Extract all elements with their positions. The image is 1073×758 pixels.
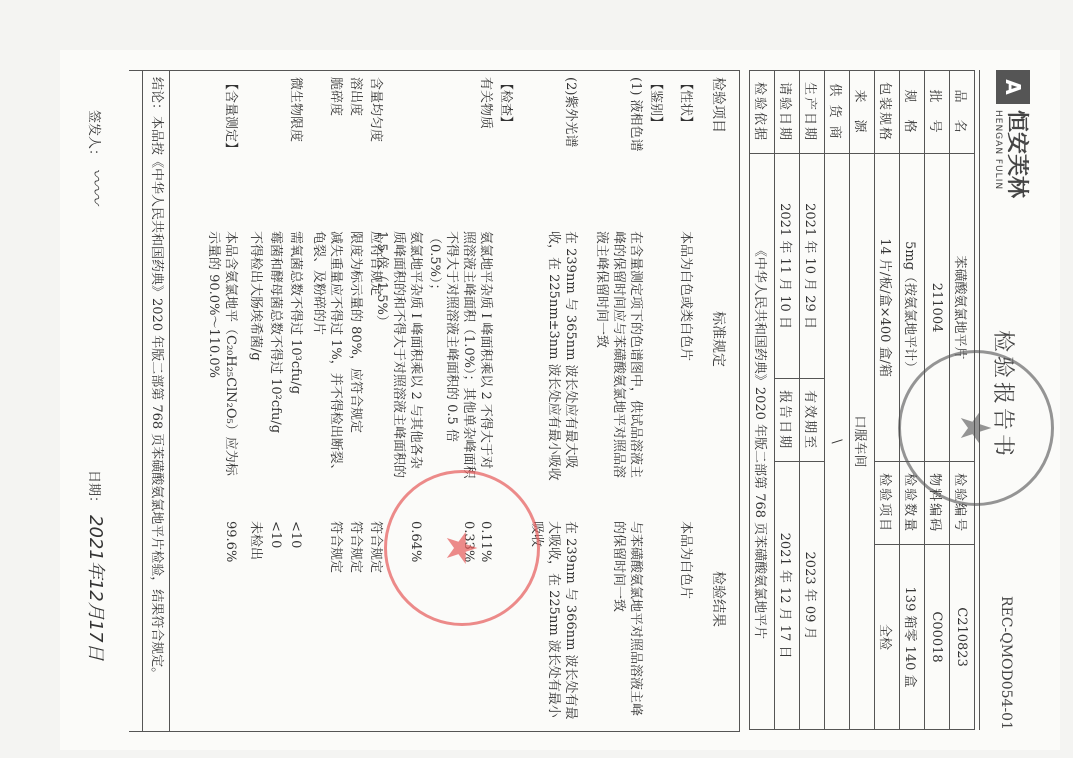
company-logo: A 恒安芙林 HENGAN FULIN: [993, 70, 1034, 198]
expiry-label: 有效期至: [800, 379, 825, 462]
report-date: 2021 年 12 月 17 日: [775, 462, 800, 730]
logo-cn: 恒安芙林: [1003, 110, 1034, 198]
result-standard: 需氧菌总数不得过 10³cfu/g: [287, 231, 304, 481]
source: 口服车间: [850, 154, 875, 730]
result-value: <10: [287, 521, 304, 721]
result-standard: 霉菌和酵母菌总数不得过 10²cfu/g: [267, 231, 284, 481]
basis-label: 检验依据: [750, 71, 775, 154]
result-standard: 氨氯地平杂质 I 峰面积乘以 2 不得大于对照溶液主峰面积（1.0%）；其他单杂…: [426, 231, 494, 481]
info-row: 包装规格 14 片/板/盒×400 盒/箱 检验项目 全检: [875, 71, 900, 730]
col-header-standard: 标准规定: [709, 311, 729, 367]
basis: 《中华人民共和国药典》2020 年版二部第 768 页苯磺酸氨氯地平片: [750, 154, 775, 730]
package-label: 包装规格: [875, 71, 900, 154]
sign-date-handwritten: 2021年12月17日: [85, 515, 106, 661]
source-label: 来 源: [850, 71, 875, 154]
result-item: 脆碎度: [327, 77, 344, 187]
logo-mark-icon: A: [997, 70, 1031, 104]
material-code: C00018: [925, 545, 950, 730]
info-row: 生产日期 2021 年 10 月 29 日 有效期至 2023 年 09 月: [800, 71, 825, 730]
test-no: C210823: [950, 545, 975, 730]
result-item: (2)紫外光谱: [562, 77, 579, 187]
result-item: 有关物质: [477, 77, 494, 187]
result-value: 99.6%: [222, 521, 239, 721]
result-item: 【含量测定】: [222, 77, 239, 187]
inspection-report-page: A 恒安芙林 HENGAN FULIN 检验报告书 REC-QMOD054-01…: [60, 50, 1060, 750]
logo-en: HENGAN FULIN: [993, 110, 1003, 198]
result-value: 符合规定: [327, 521, 344, 721]
result-value: <10: [267, 521, 284, 721]
col-header-item: 检验项目: [709, 77, 729, 133]
col-header-result: 检验结果: [709, 571, 729, 627]
result-standard: 本品含氨氯地平（C₂₀H₂₅ClN₂O₅）应为标示量的 90.0%～110.0%: [205, 231, 239, 481]
conclusion: 结论：本品按《中华人民共和国药典》2020 年版二部第 768 页苯磺酸氨氯地平…: [142, 70, 170, 732]
supplier: \: [825, 154, 850, 730]
sign-date-label: 日期：: [86, 470, 101, 509]
request-date: 2021 年 11 月 10 日: [775, 154, 800, 379]
result-standard: 减失重量应不得过 1%，并不得检出断裂、龟裂、及粉碎的片: [310, 231, 344, 481]
test-items-label: 检验项目: [875, 462, 900, 545]
result-value: 符合规定: [367, 521, 384, 721]
mfg-date-label: 生产日期: [800, 71, 825, 154]
spec-label: 规 格: [900, 71, 925, 154]
results-section: 检验项目 标准规定 检验结果 【性状】本品为白色或类白色片本品为白色片【鉴别】(…: [129, 70, 740, 732]
test-items: 全检: [875, 545, 900, 730]
result-value: 与苯磺酸氨氯地平对照品溶液主峰的保留时间一致: [610, 521, 644, 721]
result-standard: 本品为白色或类白色片: [677, 231, 694, 481]
mfg-date: 2021 年 10 月 29 日: [800, 154, 825, 379]
document-code: REC-QMOD054-01: [998, 596, 1014, 730]
result-value: 本品为白色片: [677, 521, 694, 721]
result-item: 【性状】: [677, 77, 694, 187]
stamp-star-icon: ★: [438, 529, 487, 567]
expiry: 2023 年 09 月: [800, 462, 825, 730]
info-row: 请验日期 2021 年 11 月 10 日 报告日期 2021 年 12 月 1…: [775, 71, 800, 730]
package: 14 片/板/盒×400 盒/箱: [875, 154, 900, 462]
inspection-stamp: ★: [898, 350, 1054, 506]
quantity: 139 箱零 140 盒: [900, 545, 925, 730]
product-name-label: 品 名: [950, 71, 975, 154]
supplier-label: 供 货 商: [825, 71, 850, 154]
signer-signature: 〰〰: [85, 168, 106, 204]
result-item: 溶出度: [347, 77, 364, 187]
stamp-star-icon: ★: [952, 409, 1001, 447]
report-date-label: 报告日期: [775, 379, 800, 462]
result-item: 【鉴别】: [647, 77, 664, 187]
result-value: 未检出: [247, 521, 264, 721]
quality-stamp: ★: [384, 470, 540, 626]
result-item: 【检查】: [497, 77, 514, 187]
signer: 签发人：〰〰: [84, 110, 110, 204]
result-item: (1) 液相色谱: [627, 77, 644, 187]
batch-label: 批 号: [925, 71, 950, 154]
info-row: 供 货 商 \: [825, 71, 850, 730]
result-standard: 限度为标示量的 80%，应符合规定: [347, 231, 364, 481]
result-standard: 在含量测定项下的色谱图中，供试品溶液主峰的保留时间应与苯磺酸氨氯地平对照品溶液主…: [593, 231, 644, 481]
result-standard: 应符合规定: [367, 231, 384, 481]
request-date-label: 请验日期: [775, 71, 800, 154]
result-standard: 在 239nm 与 365nm 波长处应有最大吸收，在 225nm±3nm 波长…: [545, 231, 579, 481]
result-value: 符合规定: [347, 521, 364, 721]
sign-date: 日期：2021年12月17日: [84, 470, 110, 661]
result-item: 微生物限度: [287, 77, 304, 187]
info-row: 检验依据 《中华人民共和国药典》2020 年版二部第 768 页苯磺酸氨氯地平片: [750, 71, 775, 730]
signer-label: 签发人：: [86, 110, 101, 162]
result-item: 含量均匀度: [367, 77, 384, 187]
info-row: 来 源 口服车间: [850, 71, 875, 730]
result-standard: 不得检出大肠埃希菌/g: [247, 231, 264, 481]
